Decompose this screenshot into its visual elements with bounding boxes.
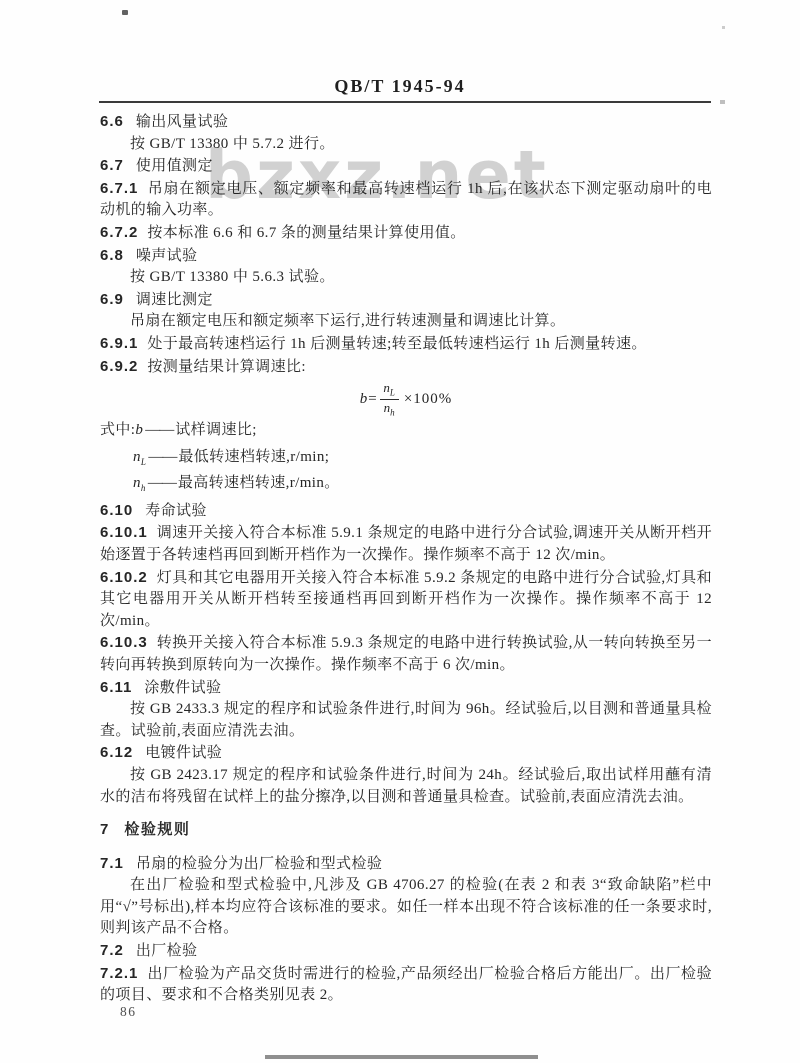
section-title: 涂敷件试验 <box>144 680 221 696</box>
section-heading-7-2: 7.2出厂检验 <box>100 940 712 963</box>
clause-6-7-1: 6.7.1吊扇在额定电压、额定频率和最高转速档运行 1h 后,在该状态下测定驱动… <box>100 178 712 222</box>
section-number: 6.8 <box>100 247 124 264</box>
clause-number: 7.2.1 <box>100 965 138 982</box>
footer-bar <box>265 1055 538 1059</box>
section-heading-6-6: 6.6输出风量试验 <box>100 111 712 134</box>
clause-6-10-3: 6.10.3转换开关接入符合本标准 5.9.3 条规定的电路中进行转换试验,从一… <box>100 632 712 676</box>
clause-text: 转换开关接入符合本标准 5.9.3 条规定的电路中进行转换试验,从一转向转换至另… <box>100 635 712 673</box>
section-number: 6.6 <box>100 113 124 130</box>
header-rule <box>99 101 711 103</box>
standard-designation: QB/T 1945-94 <box>0 76 800 97</box>
section-title: 出厂检验 <box>136 943 198 959</box>
formula-times: ×100% <box>404 389 452 411</box>
section-title: 电镀件试验 <box>145 745 222 761</box>
section-number: 6.7 <box>100 157 124 174</box>
section-number: 6.10 <box>100 502 133 519</box>
clause-text: 灯具和其它电器用开关接入符合本标准 5.9.2 条规定的电路中进行分合试验,灯具… <box>100 570 712 629</box>
section-number: 7.2 <box>100 942 124 959</box>
clause-number: 6.7.1 <box>100 180 138 197</box>
clause-number: 6.7.2 <box>100 224 138 241</box>
scan-speck <box>722 26 725 29</box>
paragraph: 按 GB/T 13380 中 5.7.2 进行。 <box>100 134 712 156</box>
section-title: 输出风量试验 <box>136 114 228 130</box>
formula-speed-ratio: b=nLnh×100% <box>100 381 712 418</box>
chapter-heading-7: 7检验规则 <box>100 819 712 842</box>
clause-number: 6.10.2 <box>100 569 148 586</box>
clause-text: 处于最高转速档运行 1h 后测量转速;转至最低转速档运行 1h 后测量转速。 <box>147 336 646 352</box>
section-number: 6.11 <box>100 679 132 696</box>
clause-text: 吊扇在额定电压、额定频率和最高转速档运行 1h 后,在该状态下测定驱动扇叶的电动… <box>100 181 712 219</box>
formula-equals: = <box>367 389 377 411</box>
clause-6-9-1: 6.9.1处于最高转速档运行 1h 后测量转速;转至最低转速档运行 1h 后测量… <box>100 333 712 356</box>
formula-legend: 式中:b——试样调速比; nL——最低转速档转速,r/min; nh——最高转速… <box>100 420 712 500</box>
clause-text: 调速开关接入符合本标准 5.9.1 条规定的电路中进行分合试验,调速开关从断开档… <box>100 525 712 563</box>
paragraph: 按 GB 2433.3 规定的程序和试验条件进行,时间为 96h。经试验后,以目… <box>100 699 712 742</box>
chapter-number: 7 <box>100 821 109 838</box>
clause-7-2-1: 7.2.1出厂检验为产品交货时需进行的检验,产品须经出厂检验合格后方能出厂。出厂… <box>100 963 712 1007</box>
clause-text: 出厂检验为产品交货时需进行的检验,产品须经出厂检验合格后方能出厂。出厂检验的项目… <box>100 966 712 1004</box>
legend-item-nL: nL——最低转速档转速,r/min; <box>100 447 712 474</box>
scan-speck <box>122 10 128 15</box>
section-heading-6-10: 6.10寿命试验 <box>100 500 712 523</box>
clause-6-7-2: 6.7.2按本标准 6.6 和 6.7 条的测量结果计算使用值。 <box>100 222 712 245</box>
section-title: 噪声试验 <box>136 248 198 264</box>
paragraph: 在出厂检验和型式检验中,凡涉及 GB 4706.27 的检验(在表 2 和表 3… <box>100 875 712 940</box>
section-heading-6-7: 6.7使用值测定 <box>100 155 712 178</box>
section-heading-6-9: 6.9调速比测定 <box>100 289 712 312</box>
clause-text: 按测量结果计算调速比: <box>147 359 306 375</box>
legend-item-b: 式中:b——试样调速比; <box>100 420 712 447</box>
section-number: 6.12 <box>100 744 133 761</box>
section-title: 调速比测定 <box>136 292 213 308</box>
section-heading-6-12: 6.12电镀件试验 <box>100 742 712 765</box>
paragraph: 按 GB 2423.17 规定的程序和试验条件进行,时间为 24h。经试验后,取… <box>100 765 712 808</box>
section-title: 使用值测定 <box>136 158 213 174</box>
paragraph: 按 GB/T 13380 中 5.6.3 试验。 <box>100 267 712 289</box>
legend-item-nh: nh——最高转速档转速,r/min。 <box>100 473 712 500</box>
section-heading-6-11: 6.11涂敷件试验 <box>100 677 712 700</box>
clause-number: 6.9.2 <box>100 358 138 375</box>
section-number: 6.9 <box>100 291 124 308</box>
paragraph: 吊扇在额定电压和额定频率下运行,进行转速测量和调速比计算。 <box>100 311 712 333</box>
clause-text: 按本标准 6.6 和 6.7 条的测量结果计算使用值。 <box>147 225 465 241</box>
chapter-title: 检验规则 <box>124 822 190 838</box>
scan-speck <box>720 100 725 104</box>
clause-number: 6.10.3 <box>100 634 148 651</box>
clause-6-10-2: 6.10.2灯具和其它电器用开关接入符合本标准 5.9.2 条规定的电路中进行分… <box>100 567 712 633</box>
clause-6-10-1: 6.10.1调速开关接入符合本标准 5.9.1 条规定的电路中进行分合试验,调速… <box>100 522 712 566</box>
formula-lhs: b <box>360 389 368 411</box>
section-title: 寿命试验 <box>145 503 207 519</box>
section-heading-7-1: 7.1吊扇的检验分为出厂检验和型式检验 <box>100 853 712 876</box>
formula-fraction: nLnh <box>379 381 399 418</box>
legend-intro: 式中: <box>100 422 135 438</box>
clause-number: 6.9.1 <box>100 335 138 352</box>
clause-number: 6.10.1 <box>100 524 148 541</box>
section-number: 7.1 <box>100 855 124 872</box>
section-heading-6-8: 6.8噪声试验 <box>100 245 712 268</box>
document-body: 6.6输出风量试验 按 GB/T 13380 中 5.7.2 进行。 6.7使用… <box>100 111 712 1007</box>
page-number: 86 <box>120 1004 137 1020</box>
scanned-document-page: QB/T 1945-94 bzxz.net 6.6输出风量试验 按 GB/T 1… <box>0 0 800 1063</box>
section-title: 吊扇的检验分为出厂检验和型式检验 <box>136 856 382 872</box>
clause-6-9-2: 6.9.2按测量结果计算调速比: <box>100 356 712 379</box>
